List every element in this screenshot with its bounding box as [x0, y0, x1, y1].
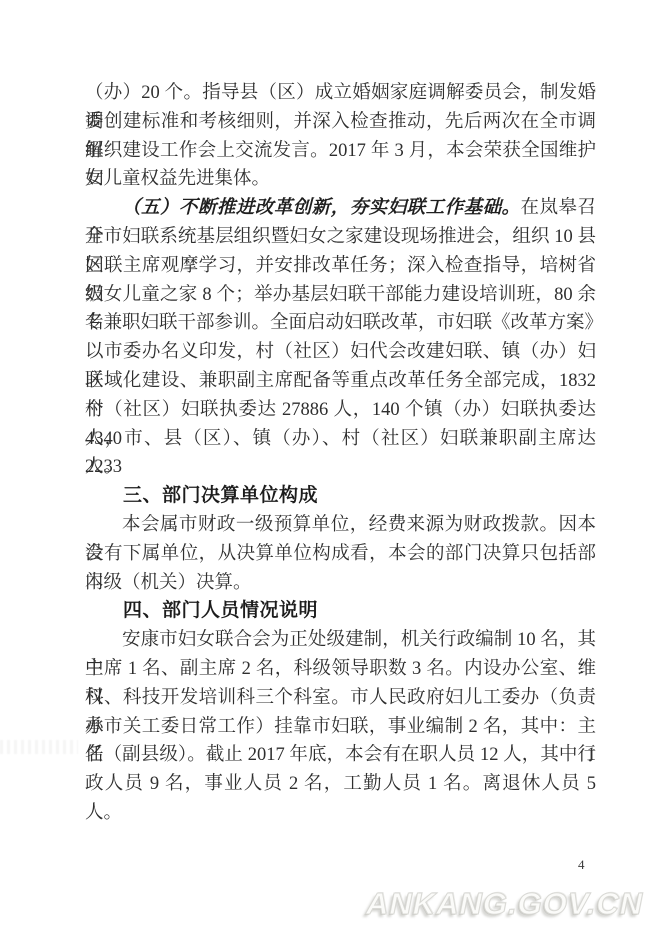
body-line: 专兼职妇联干部参训。全面启动妇联改革，市妇联《改革方案》: [85, 309, 596, 338]
body-line: 村（社区）妇联执委达 27886 人，140 个镇（办）妇联执委达 4340: [85, 396, 596, 425]
section-heading-4: 四、部门人员情况说明: [85, 597, 596, 626]
body-line: 名（副县级）。截止 2017 年底，本会有在职人员 12 人，其中行: [85, 741, 596, 770]
body-line: 本级（机关）决算。: [85, 569, 596, 598]
body-line: （办）20 个。指导县（区）成立婚姻家庭调解委员会，制发婚调: [85, 79, 596, 108]
body-line: 安康市妇女联合会为正处级建制，机关行政编制 10 名，其中：: [85, 626, 596, 655]
body-line: 委创建标准和考核细则，并深入检查推动，先后两次在全市调解: [85, 108, 596, 137]
scan-artifact: [0, 740, 78, 754]
body-line: 主席 1 名、副主席 2 名，科级领导职数 3 名。内设办公室、维权: [85, 655, 596, 684]
body-line: 政人员 9 名，事业人员 2 名，工勤人员 1 名。离退休人员 5 人。: [85, 770, 596, 799]
document-body: （办）20 个。指导县（区）成立婚姻家庭调解委员会，制发婚调 委创建标准和考核细…: [85, 79, 596, 799]
body-line: （五）不断推进改革创新，夯实妇联工作基础。在岚皋召开: [85, 194, 596, 223]
body-line: 组织建设工作会上交流发言。2017 年 3 月，本会荣获全国维护妇: [85, 137, 596, 166]
body-line: 全市妇联系统基层组织暨妇女之家建设现场推进会，组织 10 县区: [85, 223, 596, 252]
site-watermark: ANKANG.GOV.CN: [366, 886, 643, 922]
body-line: 以市委办名义印发，村（社区）妇代会改建妇联、镇（办）妇联: [85, 338, 596, 367]
document-page: （办）20 个。指导县（区）成立婚姻家庭调解委员会，制发婚调 委创建标准和考核细…: [0, 0, 661, 936]
runin-subheading-5: （五）不断推进改革创新，夯实妇联工作基础。: [122, 198, 521, 218]
body-line: 人，市、县（区）、镇（办）、村（社区）妇联兼职副主席达 2233: [85, 425, 596, 454]
body-line: 女儿童权益先进集体。: [85, 165, 596, 194]
body-line: 科、科技开发培训科三个科室。市人民政府妇儿工委办（负责承: [85, 684, 596, 713]
body-line: 办市关工委日常工作）挂靠市妇联，事业编制 2 名，其中：主任 1: [85, 713, 596, 742]
body-line: 没有下属单位，从决算单位构成看，本会的部门决算只包括部门: [85, 540, 596, 569]
body-line: 人。: [85, 453, 596, 482]
body-line: 区域化建设、兼职副主席配备等重点改革任务全部完成，1832 个: [85, 367, 596, 396]
body-line: 妇女儿童之家 8 个；举办基层妇联干部能力建设培训班，80 余名: [85, 281, 596, 310]
body-line: 本会属市财政一级预算单位，经费来源为财政拨款。因本会: [85, 511, 596, 540]
body-line: 妇联主席观摩学习，并安排改革任务；深入检查指导，培树省级: [85, 252, 596, 281]
section-heading-3: 三、部门决算单位构成: [85, 482, 596, 511]
page-number: 4: [578, 857, 585, 873]
